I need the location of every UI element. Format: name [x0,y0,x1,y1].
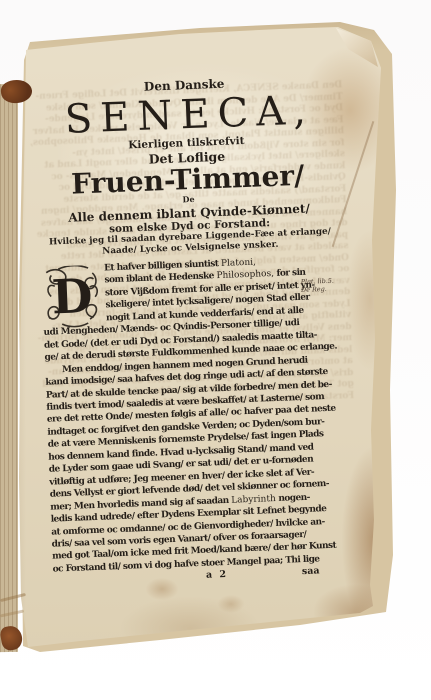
body-text-block: D Et hafver billigen siuntist Platoni,so… [41,253,353,590]
signature-mark: a 2 [206,569,228,581]
spine-leaf-edges [0,84,18,652]
woodcut-initial: D [42,265,102,329]
printed-area: Den Danske SENECA, Kierligen tilskrefvit… [34,72,353,589]
catchword: saa [302,566,320,578]
book-photo: Den Danske SENECA, Kierligen tilskrefvit… [0,0,431,700]
drop-cap-letter: D [51,269,94,326]
margin-note: Plat. lib.5.De Reg. [301,277,350,294]
page-title: SENECA, [35,88,336,141]
spine-leather-bottom [0,624,24,651]
